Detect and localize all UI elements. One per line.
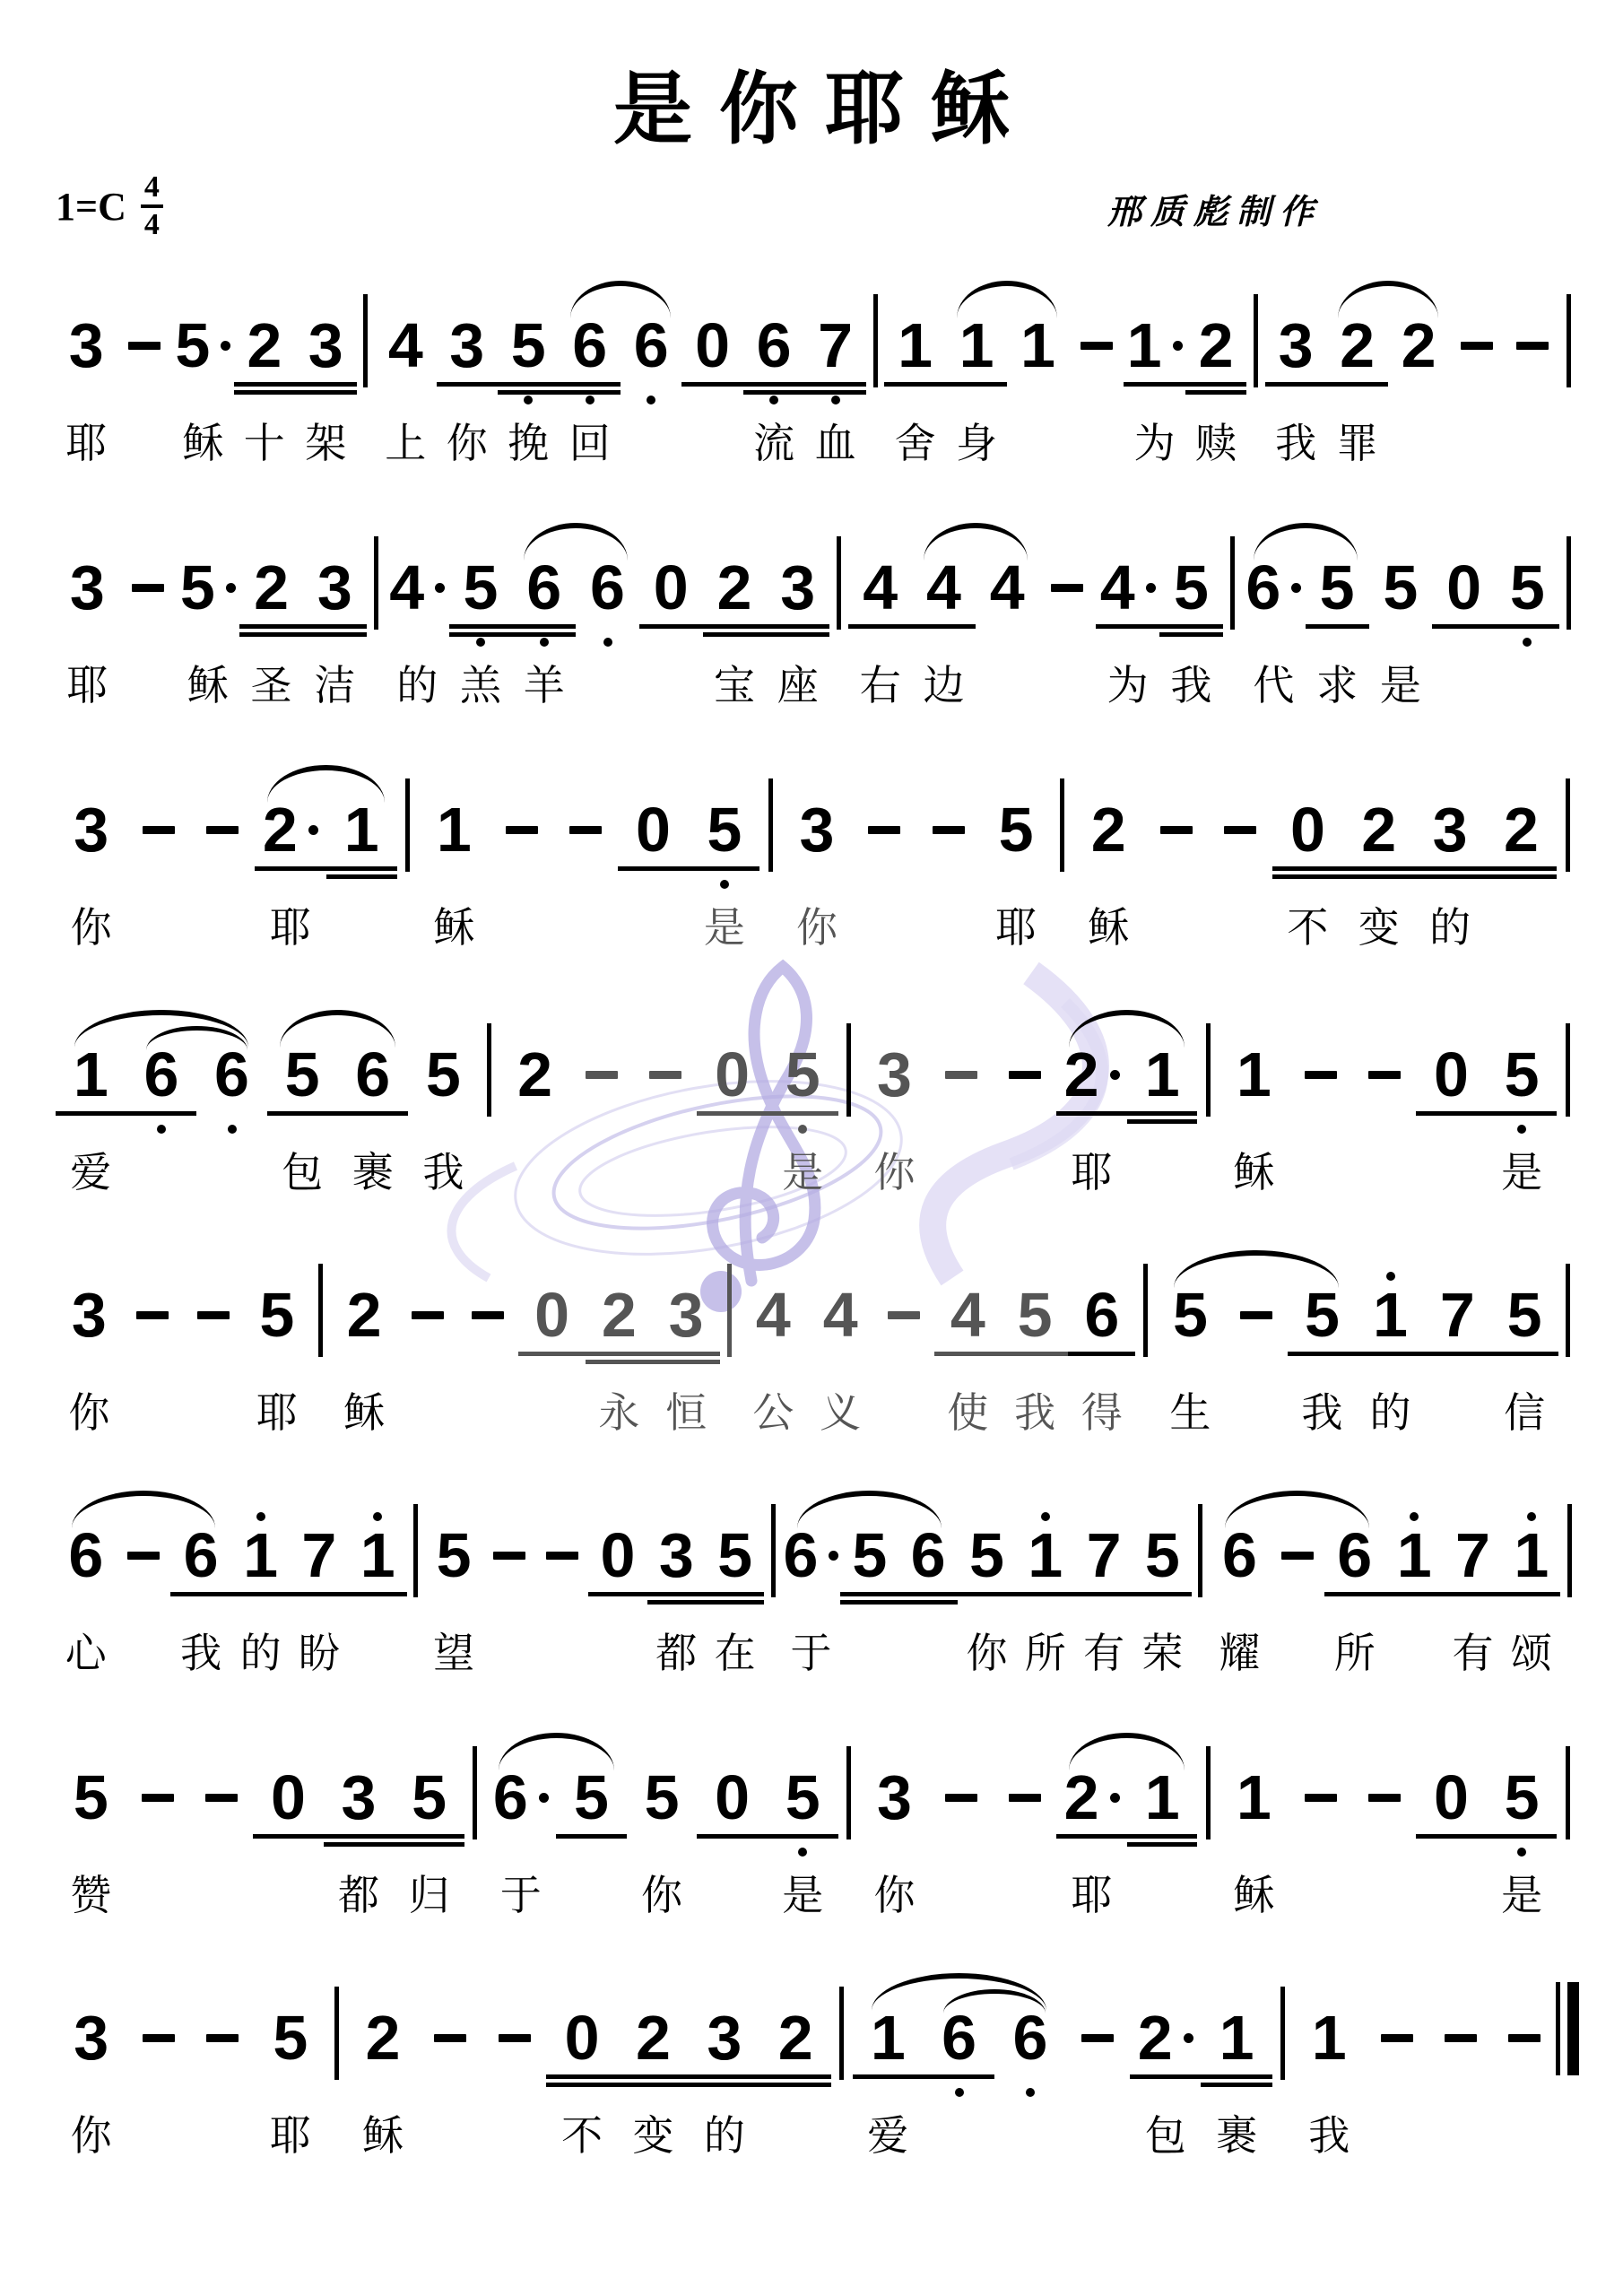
note: 6耀: [1210, 1501, 1271, 1683]
beam-underline: [768, 1834, 838, 1839]
beam-underline: [1056, 1111, 1127, 1116]
note: 7: [1424, 1261, 1491, 1442]
beam-underline: [349, 1592, 407, 1596]
beam-underline: [449, 624, 513, 629]
beam-underline: [1159, 632, 1223, 637]
tie-group: 66: [924, 1984, 1066, 2165]
music-line-2: 3耶5稣2圣3洁4的5羔6羊602宝3座4右4边44为5我6代5求5是05: [56, 534, 1578, 715]
beam-underline: [518, 1352, 586, 1356]
augmentation-dot: [308, 825, 318, 835]
lyric: 变: [1358, 903, 1400, 957]
beam-underline: [1133, 1592, 1192, 1596]
beam-underline: [394, 1842, 464, 1847]
beam-underline: [1127, 1842, 1198, 1847]
note: 3的: [1414, 776, 1485, 957]
note: 5: [556, 1744, 627, 1925]
beam-underline: [546, 2083, 617, 2087]
augmentation-dot: [539, 1793, 549, 1803]
note: 5是: [689, 776, 759, 957]
lyric: 是: [782, 1148, 823, 1202]
octave-dot-low: [228, 1125, 237, 1134]
beam-underline: [1343, 866, 1414, 871]
note: 6: [196, 1021, 267, 1202]
note: 2耶: [1056, 1744, 1127, 1925]
note: 5耶: [255, 1984, 325, 2165]
beam-underline: [804, 382, 865, 387]
augmentation-dot: [1184, 2033, 1193, 2043]
beam-underline: [290, 1592, 348, 1596]
lyric: 我: [422, 1148, 464, 1202]
lyric: 是: [782, 1871, 823, 1925]
note: 4为: [1096, 534, 1159, 715]
barline: [1560, 1501, 1578, 1683]
note: 1: [1385, 1501, 1444, 1683]
beam-underline: [1124, 382, 1185, 387]
note: 4右: [848, 534, 912, 715]
beam-underline: [848, 624, 912, 629]
beam-underline: [559, 382, 620, 387]
note: 4公: [740, 1261, 807, 1442]
lyric: 有: [1083, 1629, 1124, 1683]
note: 1: [326, 776, 397, 957]
rest-note: 0: [681, 291, 742, 473]
octave-dot-low: [720, 880, 729, 889]
lyric: 不: [1287, 903, 1328, 957]
note: 3架: [295, 291, 356, 473]
note: 4: [976, 534, 1039, 715]
duration-dash: [1039, 534, 1097, 715]
duration-dash: [1208, 776, 1271, 957]
tie-group: 6回6: [559, 291, 681, 473]
note: 6: [994, 1984, 1065, 2165]
duration-dash: [126, 776, 190, 957]
octave-dot-low: [157, 1125, 166, 1134]
barline: [1192, 1501, 1210, 1683]
duration-dash: [994, 1744, 1057, 1925]
tie-group: 6心6我: [56, 1501, 231, 1683]
beam-underline: [1265, 382, 1326, 387]
note: 3洁: [303, 534, 367, 715]
beam-underline: [556, 1834, 627, 1839]
beam-underline: [766, 632, 829, 637]
barline: [407, 1501, 425, 1683]
note: 5我: [1159, 534, 1223, 715]
note: 1舍: [884, 291, 945, 473]
beam-underline: [647, 1592, 706, 1596]
octave-dot-low: [1523, 638, 1532, 647]
note: 1爱: [853, 1984, 924, 2165]
duration-dash: [1144, 776, 1208, 957]
lyric: 挽: [508, 419, 549, 473]
beam-underline: [884, 382, 945, 387]
beam-underline: [1502, 1592, 1560, 1596]
note: 6流: [743, 291, 804, 473]
lyric: 不: [561, 2111, 603, 2165]
tie-group: 5生5我: [1156, 1261, 1357, 1442]
beam-underline: [618, 866, 689, 871]
octave-dot-low: [798, 1125, 807, 1134]
beam-underline: [295, 382, 356, 387]
tie-group: 1身1: [946, 291, 1069, 473]
note: 6我: [170, 1501, 231, 1683]
lyric: 宝: [714, 661, 755, 715]
beam-underline: [689, 866, 759, 871]
beam-underline: [56, 1111, 126, 1116]
octave-dot-low: [603, 638, 612, 647]
lyric: 右: [860, 661, 901, 715]
lyric: 你: [447, 419, 488, 473]
beam-underline: [768, 1111, 838, 1116]
note: 6: [621, 291, 681, 473]
note: 2宝: [703, 534, 767, 715]
note: 5耶: [243, 1261, 310, 1442]
beam-underline: [912, 624, 976, 629]
lyric: 包: [1145, 2111, 1186, 2165]
barline: [1052, 776, 1073, 957]
lyric: 圣: [251, 661, 292, 715]
barline: [1557, 1744, 1578, 1925]
lyric: 裹: [352, 1148, 394, 1202]
arranger-credit: 邢质彪制作: [1107, 184, 1323, 233]
lyric: 心: [65, 1629, 107, 1683]
octave-dot-low: [831, 396, 840, 404]
beam-underline: [231, 1592, 290, 1596]
beam-underline: [840, 1600, 898, 1605]
note: 4边: [912, 534, 976, 715]
note: 3你: [56, 1984, 126, 2165]
note: 5是: [1487, 1744, 1558, 1925]
note: 3都: [324, 1744, 395, 1925]
barline: [1223, 534, 1242, 715]
lyric: 于: [500, 1871, 542, 1925]
note: 3的: [689, 1984, 759, 2165]
note: 3你: [437, 291, 498, 473]
lyric: 我: [1275, 419, 1316, 473]
octave-dot-low: [647, 396, 655, 404]
barline: [367, 534, 386, 715]
beam-underline: [234, 382, 295, 387]
barline: [1197, 1021, 1219, 1202]
beam-underline: [1432, 624, 1496, 629]
lyric: 上: [385, 419, 426, 473]
barline: [464, 1744, 486, 1925]
duration-dash: [1493, 1984, 1557, 2165]
beam-underline: [618, 2083, 689, 2087]
beam-underline: [512, 624, 576, 629]
beam-underline: [743, 382, 804, 387]
tie-group: 1爱66: [56, 1021, 267, 1202]
lyric: 稣: [343, 1388, 385, 1442]
lyric: 的: [240, 1629, 282, 1683]
note: 2圣: [239, 534, 303, 715]
sheet-music-page: 是你耶稣 1= C 4 4 邢质彪制作 3耶5稣2十3架4上3你5挽6回606流…: [0, 0, 1623, 2296]
beam-underline: [1496, 624, 1559, 629]
note: 5生: [1156, 1261, 1225, 1442]
barline: [1135, 1261, 1155, 1442]
beam-underline: [924, 2074, 994, 2079]
note: 2变: [618, 1984, 689, 2165]
note: 2稣: [331, 1261, 398, 1442]
tie-group: 6羊6: [512, 534, 639, 715]
duration-dash: [853, 776, 916, 957]
lyric: 十: [244, 419, 285, 473]
lyric: 为: [1107, 661, 1149, 715]
beam-underline: [804, 390, 865, 395]
beam-underline: [255, 866, 325, 871]
duration-dash: [191, 776, 255, 957]
note: 6所: [1324, 1501, 1385, 1683]
augmentation-dot: [1110, 1793, 1120, 1803]
lyric: 信: [1504, 1388, 1545, 1442]
lyric: 身: [956, 419, 997, 473]
music-line-6: 6心6我1的7盼15望03都5在6于565你1所7有5荣6耀6所17有1颂: [56, 1501, 1578, 1683]
duration-dash: [634, 1021, 698, 1202]
note: 5耶: [980, 776, 1051, 957]
beam-underline: [703, 624, 767, 629]
lyric: 架: [305, 419, 346, 473]
lyric: 稣: [1233, 1148, 1274, 1202]
barline: [397, 776, 419, 957]
tie-group: 2耶1: [255, 776, 397, 957]
rest-note: 0: [697, 1021, 768, 1202]
lyric: 我: [1170, 661, 1211, 715]
note: 4使: [934, 1261, 1002, 1442]
augmentation-dot: [1173, 341, 1183, 351]
beam-underline: [1324, 1592, 1385, 1596]
note: 1稣: [419, 776, 490, 957]
note: 6于: [782, 1501, 840, 1683]
note: 6羊: [512, 534, 576, 715]
beam-underline: [1127, 1834, 1198, 1839]
note: 3我: [1265, 291, 1326, 473]
beam-underline: [1056, 1834, 1127, 1839]
barline: [357, 291, 376, 473]
tie-group: 2耶1: [1056, 1021, 1197, 1202]
note: 3你: [56, 1261, 123, 1442]
beam-underline: [1130, 2074, 1201, 2079]
duration-dash: [482, 1984, 546, 2165]
lyric: 有: [1453, 1629, 1494, 1683]
lyric: 稣: [1233, 1871, 1274, 1925]
note: 5信: [1491, 1261, 1558, 1442]
lyric: 稣: [362, 2111, 404, 2165]
barline: [1272, 1984, 1294, 2165]
note: 1裹: [1201, 1984, 1271, 2165]
note: 4的: [386, 534, 449, 715]
duration-dash: [570, 1021, 634, 1202]
beam-underline: [653, 1360, 720, 1364]
lyric: 耀: [1219, 1629, 1260, 1683]
lyric: 边: [923, 661, 964, 715]
lyric: 得: [1081, 1388, 1123, 1442]
note: 1稣: [1219, 1744, 1289, 1925]
duration-dash: [1352, 1021, 1416, 1202]
lyric: 耶: [270, 903, 311, 957]
beam-underline: [759, 2083, 830, 2087]
tie-group: 1爱66: [853, 1984, 1066, 2165]
time-signature-numerator: 4: [141, 172, 163, 208]
duration-dash: [1352, 1744, 1416, 1925]
barline: [866, 291, 885, 473]
beam-underline: [1016, 1592, 1074, 1596]
lyric: 爱: [70, 1148, 111, 1202]
beam-underline: [618, 2074, 689, 2079]
octave-dot-low: [798, 1848, 807, 1857]
note: 5荣: [1133, 1501, 1192, 1683]
lyric: 是: [1501, 1148, 1542, 1202]
beam-underline: [946, 382, 1007, 387]
rest-note: 0: [253, 1744, 324, 1925]
music-line-8: 3你5耶2稣0不2变3的21爱662包1裹1我: [56, 1984, 1578, 2165]
lyric: 使: [947, 1388, 988, 1442]
note: 5求: [1306, 534, 1369, 715]
beam-underline: [653, 1352, 720, 1356]
note: 5: [1496, 534, 1559, 715]
beam-underline: [170, 1592, 231, 1596]
lyric: 回: [569, 419, 611, 473]
duration-dash: [123, 1261, 183, 1442]
lyric: 的: [1370, 1388, 1411, 1442]
note: 1我: [1294, 1984, 1365, 2165]
note: 5在: [706, 1501, 764, 1683]
note: 5包: [267, 1021, 338, 1202]
lyric: 你: [68, 1388, 109, 1442]
note: 2变: [1343, 776, 1414, 957]
lyric: 稣: [182, 419, 223, 473]
beam-underline: [126, 1111, 197, 1116]
lyric: 耶: [256, 1388, 298, 1442]
rest-note: 0: [1432, 534, 1496, 715]
beam-underline: [1414, 874, 1485, 879]
note: 1爱: [56, 1021, 126, 1202]
note: 5我: [1288, 1261, 1357, 1442]
beam-underline: [898, 1592, 957, 1596]
octave-dot-low: [1026, 2088, 1035, 2097]
barline: [479, 1021, 500, 1202]
beam-underline: [253, 1834, 324, 1839]
final-barline: [1557, 1984, 1578, 2165]
barline: [829, 534, 848, 715]
note: 2耶: [1056, 1021, 1127, 1202]
rest-note: 0: [588, 1501, 647, 1683]
lyric: 永: [598, 1388, 639, 1442]
beam-underline: [394, 1834, 464, 1839]
duration-dash: [191, 1984, 255, 2165]
lyric: 耶: [270, 2111, 311, 2165]
tie-group: 4边4: [912, 534, 1039, 715]
note: 3你: [859, 1021, 930, 1202]
lyric: 义: [820, 1388, 861, 1442]
song-title: 是你耶稣: [0, 47, 1623, 160]
barline: [838, 1744, 860, 1925]
octave-dot-low: [540, 638, 549, 647]
lyric: 赎: [1195, 419, 1237, 473]
note: 1所: [1016, 1501, 1074, 1683]
beam-underline: [1288, 1352, 1357, 1356]
rest-note: 0: [697, 1744, 768, 1925]
beam-underline: [1272, 874, 1343, 879]
beam-underline: [1444, 1592, 1502, 1596]
lyric: 为: [1134, 419, 1176, 473]
beam-underline: [1486, 866, 1557, 871]
octave-dot-low: [586, 396, 595, 404]
note: 6心: [56, 1501, 117, 1683]
beam-underline: [437, 382, 498, 387]
beam-underline: [759, 2074, 830, 2079]
note: 7有: [1444, 1501, 1502, 1683]
beam-underline: [958, 1592, 1016, 1596]
note: 5归: [394, 1744, 464, 1925]
note: 6: [576, 534, 639, 715]
beam-underline: [1306, 624, 1369, 629]
duration-dash: [126, 1744, 190, 1925]
note: 2: [1486, 776, 1557, 957]
duration-dash: [553, 776, 617, 957]
beam-underline: [1201, 2083, 1271, 2087]
lyric: 于: [791, 1629, 832, 1683]
lyric: 稣: [187, 661, 229, 715]
lyric: 稣: [1088, 903, 1129, 957]
time-signature: 4 4: [141, 172, 163, 240]
lyric: 在: [715, 1629, 756, 1683]
note: 2: [499, 1021, 570, 1202]
note: 5是: [768, 1021, 838, 1202]
beam-underline: [1074, 1592, 1133, 1596]
beam-underline: [743, 390, 804, 395]
augmentation-dot: [1291, 583, 1301, 593]
note: 6裹: [337, 1021, 408, 1202]
lyric: 的: [1429, 903, 1471, 957]
lyric: 变: [632, 2111, 673, 2165]
barline: [1558, 1261, 1578, 1442]
beam-underline: [1201, 2074, 1271, 2079]
duration-dash: [483, 1501, 536, 1683]
lyric: 裹: [1216, 2111, 1257, 2165]
note: 1颂: [1502, 1501, 1560, 1683]
note: 5稣: [176, 534, 239, 715]
lyric: 座: [777, 661, 819, 715]
lyric: 舍: [895, 419, 936, 473]
octave-dot-low: [1517, 1125, 1526, 1134]
octave-dot-low: [1517, 1848, 1526, 1857]
barline: [1246, 291, 1265, 473]
lyric: 生: [1169, 1388, 1211, 1442]
tie-group: 6于5: [486, 1744, 627, 1925]
lyric: 羊: [524, 661, 565, 715]
note: 5赞: [56, 1744, 126, 1925]
key-signature: 1= C 4 4: [56, 172, 163, 240]
beam-underline: [586, 1360, 653, 1364]
lyric: 我: [1301, 1388, 1342, 1442]
lyric: 归: [409, 1871, 450, 1925]
note: 4上: [375, 291, 436, 473]
beam-underline: [303, 624, 367, 629]
beam-underline: [324, 1842, 395, 1847]
note: 1稣: [1219, 1021, 1289, 1202]
lyric: 你: [873, 1148, 915, 1202]
lyric: 耶: [1072, 1871, 1113, 1925]
note: 3恒: [653, 1261, 720, 1442]
duration-dash: [536, 1501, 589, 1683]
note: 5是: [1487, 1021, 1558, 1202]
beam-underline: [234, 390, 295, 395]
note: 2稣: [347, 1984, 418, 2165]
note: 3你: [781, 776, 852, 957]
rest-note: 0不: [1272, 776, 1343, 957]
duration-dash: [1289, 1021, 1353, 1202]
note: 5羔: [449, 534, 513, 715]
tie-group: 6耀6所: [1210, 1501, 1385, 1683]
